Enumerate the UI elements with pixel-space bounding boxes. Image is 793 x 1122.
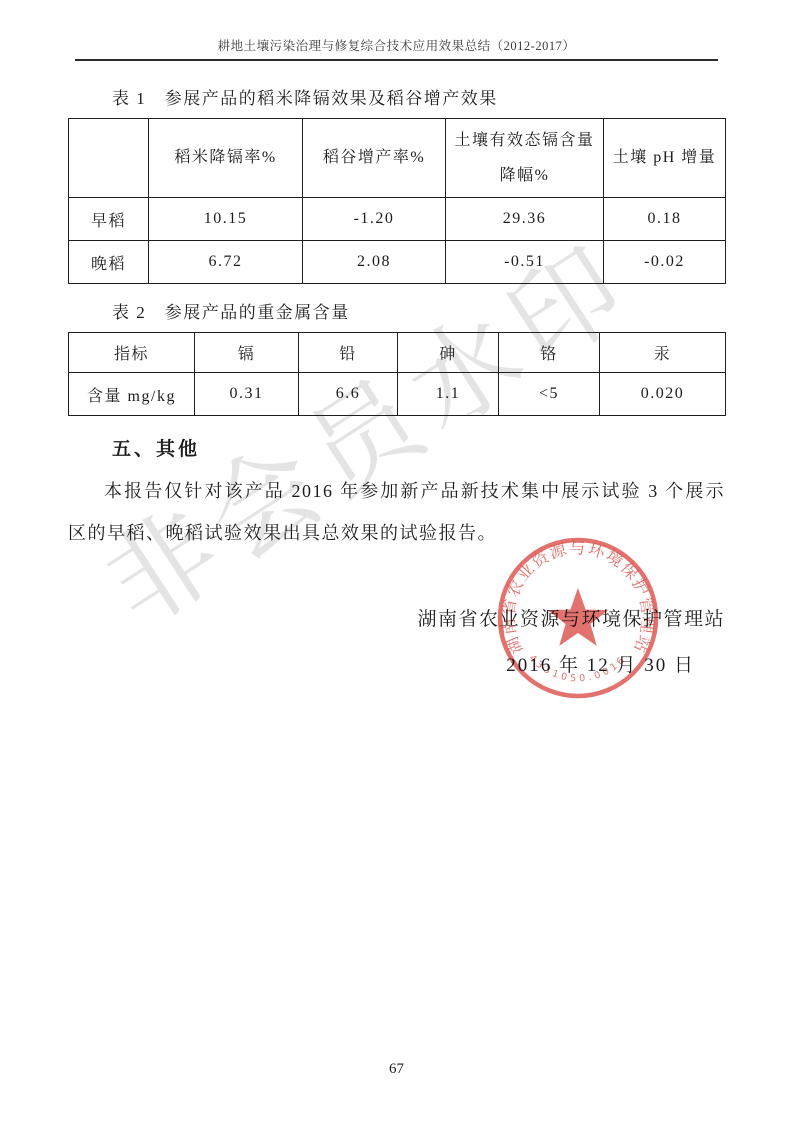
table1-cell: 0.18 [604, 198, 726, 241]
table2-header-cell: 镉 [195, 333, 299, 373]
table-1: 稻米降镉率% 稻谷增产率% 土壤有效态镉含量降幅% 土壤 pH 增量 早稻 10… [68, 118, 726, 284]
table2-caption: 表 2 参展产品的重金属含量 [112, 298, 725, 323]
official-stamp: 湖南省农业资源与环境保护管理站 4331050.0016 [468, 508, 688, 728]
table1-cell: -1.20 [303, 198, 446, 241]
table1-row-early-rice: 早稻 10.15 -1.20 29.36 0.18 [69, 198, 726, 241]
row-label: 早稻 [69, 198, 149, 241]
stamp-number-text: 4331050.0016 [527, 653, 630, 685]
table1-cell: 2.08 [303, 241, 446, 284]
table2-header-cell: 指标 [69, 333, 195, 373]
page-header: 耕地土壤污染治理与修复综合技术应用效果总结（2012-2017） [75, 36, 718, 61]
section-heading: 五、其他 [112, 434, 725, 461]
table-2: 指标 镉 铅 砷 铬 汞 含量 mg/kg 0.31 6.6 1.1 <5 0.… [68, 332, 726, 416]
table1-header-cell: 土壤有效态镉含量降幅% [446, 119, 604, 198]
table2-cell: 0.020 [600, 373, 726, 416]
header-title: 耕地土壤污染治理与修复综合技术应用效果总结（2012-2017） [218, 39, 576, 53]
table1-cell: -0.51 [446, 241, 604, 284]
row-label: 含量 mg/kg [69, 373, 195, 416]
table2-row-content: 含量 mg/kg 0.31 6.6 1.1 <5 0.020 [69, 373, 726, 416]
table1-row-late-rice: 晚稻 6.72 2.08 -0.51 -0.02 [69, 241, 726, 284]
table2-header-cell: 砷 [398, 333, 499, 373]
table1-header-row: 稻米降镉率% 稻谷增产率% 土壤有效态镉含量降幅% 土壤 pH 增量 [69, 119, 726, 198]
table2-header-row: 指标 镉 铅 砷 铬 汞 [69, 333, 726, 373]
page-number: 67 [0, 1061, 793, 1078]
table1-cell: 10.15 [149, 198, 303, 241]
table1-cell: 6.72 [149, 241, 303, 284]
table2-cell: 1.1 [398, 373, 499, 416]
document-page: 非会员水印 耕地土壤污染治理与修复综合技术应用效果总结（2012-2017） 表… [0, 0, 793, 1122]
table2-header-cell: 铬 [499, 333, 600, 373]
table2-header-cell: 铅 [299, 333, 398, 373]
table1-header-cell: 土壤 pH 增量 [604, 119, 726, 198]
table2-cell: <5 [499, 373, 600, 416]
table2-cell: 6.6 [299, 373, 398, 416]
table1-cell: -0.02 [604, 241, 726, 284]
table1-header-cell: 稻米降镉率% [149, 119, 303, 198]
svg-text:4331050.0016: 4331050.0016 [527, 653, 630, 685]
table1-header-cell [69, 119, 149, 198]
table2-header-cell: 汞 [600, 333, 726, 373]
table2-cell: 0.31 [195, 373, 299, 416]
table1-header-cell: 稻谷增产率% [303, 119, 446, 198]
table1-caption: 表 1 参展产品的稻米降镉效果及稻谷增产效果 [112, 84, 725, 109]
table1-cell: 29.36 [446, 198, 604, 241]
stamp-star-icon [548, 588, 609, 646]
row-label: 晚稻 [69, 241, 149, 284]
